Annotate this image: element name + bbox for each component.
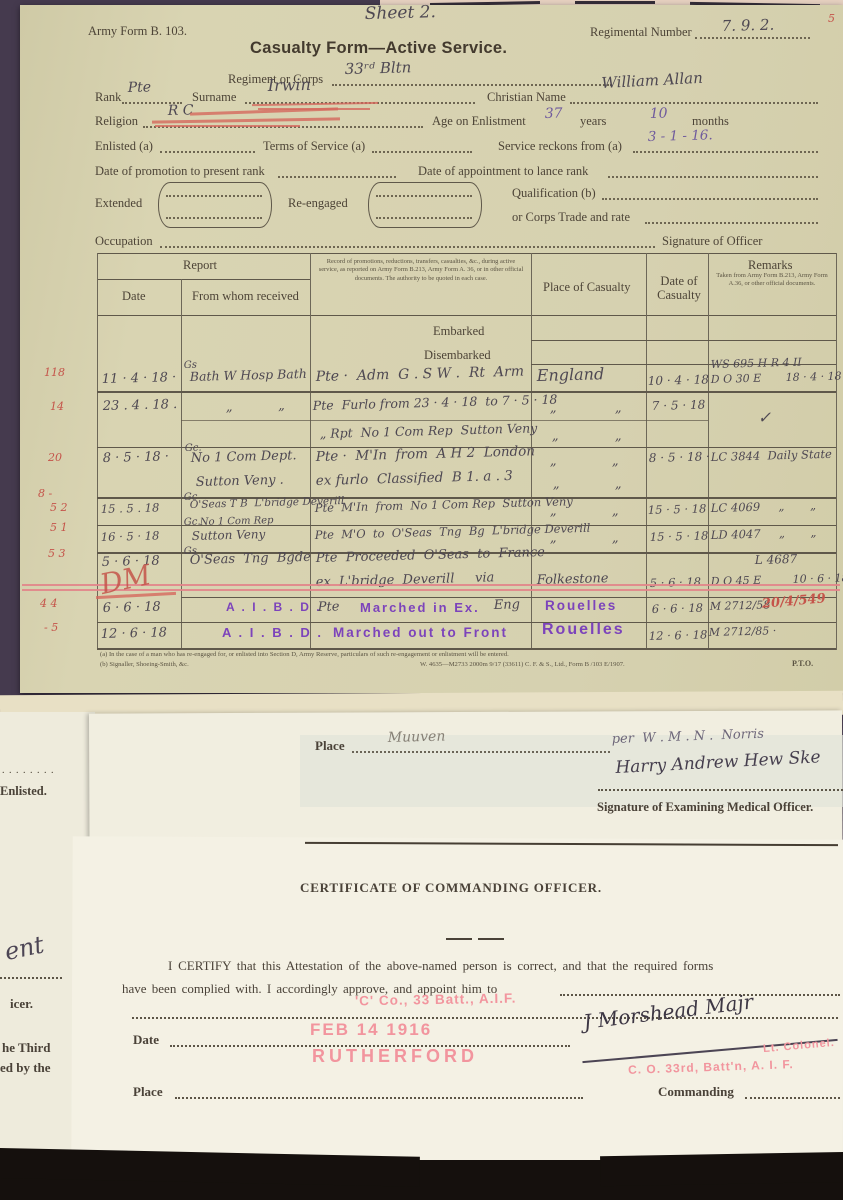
- col-header-record: Record of promotions, reductions, transf…: [317, 258, 525, 283]
- row-casualty-date: 6 · 6 · 18: [652, 601, 704, 616]
- table-gridline: [97, 391, 836, 393]
- col-header-place: Place of Casualty: [543, 280, 630, 295]
- row-date: 15 . 5 . 18: [101, 500, 160, 516]
- row-ditto: „: [552, 429, 559, 444]
- row-casualty-date: 15 · 5 · 18: [650, 528, 709, 544]
- service-reckons-label: Service reckons from (a): [498, 139, 622, 154]
- dotted-leader: [598, 778, 843, 791]
- footnote-a: (a) In the case of a man who has re-enga…: [100, 651, 509, 658]
- regimental-number-label: Regimental Number: [590, 25, 692, 40]
- dotted-leader: [278, 165, 396, 178]
- row-ditto: „: [615, 401, 622, 416]
- row-from: Sutton Veny: [192, 527, 266, 543]
- margin-number: - 5: [44, 621, 58, 634]
- row-casualty-date: 10 · 4 · 18: [648, 372, 709, 388]
- row-casualty-date: 7 · 5 · 18: [652, 398, 706, 413]
- margin-number: 8 -: [38, 487, 52, 500]
- examining-officer-caption: Signature of Examining Medical Officer.: [597, 800, 813, 815]
- col-header-report: Report: [183, 258, 217, 273]
- margin-number: 4 4: [40, 597, 58, 610]
- table-gridline: [181, 279, 182, 650]
- row-remarks: L 4687: [755, 552, 798, 567]
- row-from: Sutton Veny .: [196, 473, 284, 490]
- row-ditto: „: [615, 429, 622, 444]
- years-label: years: [580, 114, 606, 129]
- fragment-dots: . . . . . . . .: [2, 765, 55, 776]
- title-dash-rule: [446, 938, 472, 940]
- row-place: England: [537, 364, 605, 385]
- table-gridline: [181, 420, 708, 421]
- row-record-stamp: Marched out to Front: [333, 625, 508, 640]
- scanned-document-photo: { "colors":{"paper_tan":"#d9d4b2","paper…: [0, 0, 843, 1200]
- cut-off-handwriting: [575, 1, 655, 4]
- enlisted-label: Enlisted (a): [95, 139, 153, 154]
- row-ditto: „: [553, 477, 560, 492]
- service-reckons-value: 3 - 1 - 16.: [648, 127, 713, 145]
- form-title: Casualty Form—Active Service.: [250, 39, 507, 58]
- commanding-label: Commanding: [658, 1084, 734, 1100]
- row-record-handwritten: Pte: [318, 599, 340, 615]
- date-stamp: FEB 14 1916: [310, 1020, 432, 1040]
- row-ditto: „: [550, 504, 557, 519]
- dotted-leader: [602, 187, 818, 200]
- table-gridline: [97, 315, 836, 316]
- corner-red-mark: 5: [828, 12, 835, 25]
- lance-rank-label: Date of appointment to lance rank: [418, 164, 588, 179]
- row-date: 12 · 6 · 18: [101, 625, 168, 642]
- age-months-value: 10: [650, 106, 668, 122]
- fragment-enlisted: Enlisted.: [0, 784, 47, 799]
- age-label: Age on Enlistment: [432, 114, 526, 129]
- row-date: 16 · 5 · 18: [101, 528, 160, 544]
- dotted-leader: [166, 184, 262, 197]
- col-header-remarks-sub: Taken from Army Form B.213, Army Form A.…: [712, 272, 832, 289]
- row-from: O'Seas Tng Bgde: [190, 550, 311, 568]
- row-ditto: „: [550, 454, 557, 469]
- disembarked-label: Disembarked: [424, 348, 491, 363]
- dotted-leader: [745, 1086, 840, 1099]
- fragment-the-third: he Third: [2, 1040, 51, 1056]
- margin-number: 5 3: [48, 547, 66, 560]
- occupation-label: Occupation: [95, 234, 153, 249]
- margin-number: 5 2: [50, 501, 68, 514]
- christian-name-label: Christian Name: [487, 90, 566, 105]
- row-remarks: LD 4047 „ „: [711, 525, 817, 542]
- dotted-leader: [372, 140, 472, 153]
- row-ditto: „: [612, 504, 619, 519]
- certify-paragraph-line1: I CERTIFY that this Attestation of the a…: [168, 958, 713, 974]
- row-remarks: WS 695 H R 4 II: [711, 356, 802, 371]
- printer-imprint: W. 4635—M2733 2000m 9/17 (33611) C. F. &…: [420, 661, 625, 668]
- certificate-title: CERTIFICATE OF COMMANDING OFFICER.: [300, 880, 602, 896]
- margin-number: 5 1: [50, 521, 68, 534]
- row-casualty-date: 12 · 6 · 18: [649, 627, 708, 643]
- regimental-number-value: 7. 9. 2.: [722, 16, 775, 35]
- signature-of-officer-label: Signature of Officer: [662, 234, 762, 249]
- surname-label: Surname: [192, 90, 236, 105]
- embarked-label: Embarked: [433, 324, 484, 339]
- place-label: Place: [315, 738, 345, 754]
- margin-number: 14: [50, 400, 64, 413]
- date-label: Date: [133, 1032, 159, 1048]
- margin-number: 118: [44, 366, 65, 379]
- row-ditto: „: [550, 531, 557, 546]
- col-header-from-whom: From whom received: [192, 289, 299, 304]
- rank-value: Pte: [128, 79, 152, 96]
- row-from: Bath W Hosp Bath: [190, 366, 307, 384]
- reengaged-label: Re-engaged: [288, 196, 348, 211]
- row-from-stamp: A . I . B . D .: [222, 625, 323, 640]
- row-from-stamp: A . I . B . D .: [226, 600, 322, 614]
- extended-label: Extended: [95, 196, 142, 211]
- promotion-label: Date of promotion to present rank: [95, 164, 265, 179]
- dotted-leader: [166, 206, 262, 219]
- row-remarks-checkmark: ✓: [758, 408, 772, 427]
- col-header-date-of-casualty: Date of Casualty: [655, 275, 703, 303]
- place-value-handwritten: Muuven: [388, 728, 446, 746]
- row-from: „ „: [226, 398, 285, 415]
- table-gridline: [97, 648, 836, 650]
- row-date: 11 · 4 · 18 ·: [102, 370, 177, 387]
- margin-number: 20: [48, 451, 62, 464]
- form-number: Army Form B. 103.: [88, 24, 187, 39]
- col-header-remarks: Remarks: [748, 258, 792, 273]
- dotted-leader: [570, 91, 818, 104]
- dotted-leader: [376, 206, 472, 219]
- row-casualty-date: 5 · 6 · 18: [650, 575, 702, 590]
- place2-label: Place: [133, 1084, 163, 1100]
- row-ditto: „: [612, 454, 619, 469]
- dotted-leader: [560, 983, 840, 996]
- row-casualty-date: 8 · 5 · 18 ·: [649, 449, 710, 465]
- row-place-stamp: Rouelles: [545, 598, 617, 613]
- footnote-b: (b) Signaller, Shoeing-Smith, &c.: [100, 661, 189, 668]
- row-date: 23 . 4 . 18 .: [103, 397, 178, 414]
- red-strike: [155, 125, 300, 127]
- row-from-superscript: Gc.: [184, 517, 201, 528]
- dotted-leader: [160, 235, 655, 248]
- row-ditto: „: [612, 531, 619, 546]
- terms-label: Terms of Service (a): [263, 139, 365, 154]
- row-from: No 1 Com Rep: [200, 515, 274, 528]
- row-date: 8 · 5 · 18 ·: [103, 449, 170, 466]
- rutherford-stamp: RUTHERFORD: [312, 1046, 478, 1067]
- row-ditto: „: [550, 401, 557, 416]
- table-gridline: [97, 622, 836, 623]
- dotted-leader: [608, 165, 818, 178]
- table-gridline: [531, 340, 836, 341]
- religion-value: R C: [168, 102, 194, 119]
- row-remarks: M 2712/85 ·: [709, 624, 777, 639]
- col-header-date: Date: [122, 289, 146, 304]
- row-from: No 1 Com Dept.: [191, 448, 297, 466]
- dotted-leader: [0, 966, 62, 979]
- regiment-value: 33ʳᵈ Bltn: [345, 58, 412, 78]
- row-record-stamp: Marched in Ex.: [360, 600, 480, 615]
- religion-label: Religion: [95, 114, 138, 129]
- trade-label: or Corps Trade and rate: [512, 210, 630, 225]
- rank-label: Rank: [95, 90, 121, 105]
- row-record-handwritten: Eng: [494, 597, 521, 613]
- dotted-leader: [376, 184, 472, 197]
- row-ditto: „: [615, 477, 622, 492]
- dotted-leader: [175, 1086, 583, 1099]
- pto-label: P.T.O.: [792, 659, 813, 668]
- table-gridline: [97, 253, 836, 254]
- title-dash-rule: [478, 938, 504, 940]
- row-date: 6 · 6 · 18: [103, 599, 161, 616]
- surname-value: Irwin: [268, 75, 312, 95]
- dotted-leader: [160, 140, 255, 153]
- company-stamp: 'C' Co., 33 Batt., A.I.F.: [355, 991, 517, 1009]
- sheet-label-handwritten: Sheet 2.: [364, 2, 436, 24]
- fragment-officer: icer.: [10, 996, 33, 1012]
- qualification-label: Qualification (b): [512, 186, 596, 201]
- table-gridline: [97, 279, 310, 280]
- dark-backing-bottom: [600, 1152, 843, 1186]
- dotted-leader: [645, 211, 818, 224]
- row-remarks: LC 4069 „ „: [711, 498, 816, 515]
- age-years-value: 37: [545, 106, 563, 122]
- row-casualty-date: 15 · 5 · 18: [648, 501, 707, 517]
- fragment-ed-by-the: ed by the: [0, 1060, 51, 1076]
- row-place-stamp: Rouelles: [542, 621, 625, 639]
